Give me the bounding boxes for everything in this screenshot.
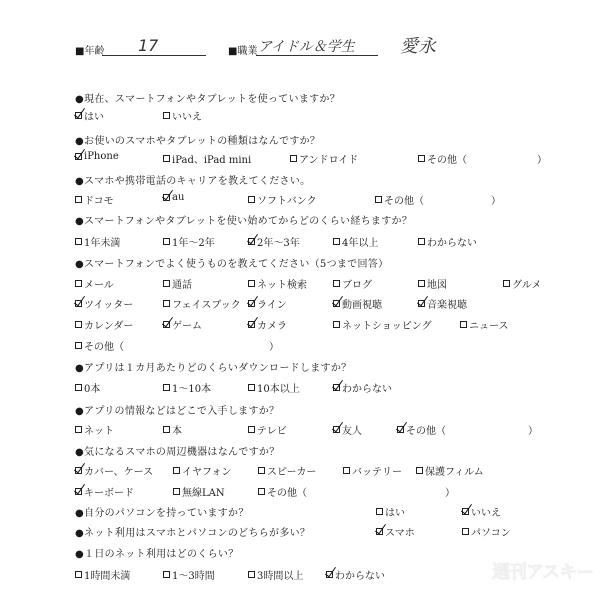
- checkbox-icon[interactable]: [326, 571, 333, 578]
- checkbox-icon[interactable]: [75, 426, 82, 433]
- option-video[interactable]: 動画視聴: [333, 296, 382, 311]
- option-1-3h[interactable]: 1～3時間: [163, 567, 215, 582]
- question-app-info-source: ●アプリの情報などはどこで入手しますか？: [75, 402, 279, 417]
- option-web-search[interactable]: ネット検索: [248, 276, 307, 291]
- checkbox-icon[interactable]: [163, 571, 170, 578]
- option-facebook[interactable]: フェイスブック: [163, 296, 241, 311]
- option-iphone[interactable]: iPhone: [75, 151, 119, 162]
- question-accessories: ●気になるスマホの周辺機器はなんですか？: [75, 443, 280, 458]
- option-calendar[interactable]: カレンダー: [75, 317, 133, 332]
- checkbox-icon[interactable]: [462, 528, 469, 535]
- option-other[interactable]: その他（: [418, 151, 467, 166]
- age-label: ■年齢: [75, 42, 104, 57]
- checkbox-icon[interactable]: [343, 467, 350, 474]
- option-cover-case[interactable]: カバー、ケース: [75, 463, 153, 478]
- checkbox-icon[interactable]: [163, 321, 170, 328]
- checkbox-icon[interactable]: [75, 488, 82, 495]
- question-frequently-used: ●スマートフォンでよく使うものを教えてください（5つまで回答）: [75, 255, 388, 270]
- checkbox-icon[interactable]: [418, 155, 425, 162]
- checkbox-icon[interactable]: [163, 112, 170, 119]
- paren-close: ）: [491, 192, 501, 207]
- checkbox-icon[interactable]: [248, 384, 255, 391]
- age-value: 17: [138, 36, 158, 55]
- paren-close: ）: [537, 151, 547, 166]
- option-music[interactable]: 音楽視聴: [418, 296, 467, 311]
- checkbox-icon[interactable]: [173, 488, 180, 495]
- checkbox-icon[interactable]: [75, 153, 82, 160]
- option-1-2yr[interactable]: 1年～2年: [163, 234, 215, 249]
- checkbox-icon[interactable]: [248, 238, 255, 245]
- option-yes[interactable]: はい: [376, 504, 405, 519]
- option-au[interactable]: au: [163, 192, 184, 203]
- option-camera[interactable]: カメラ: [248, 317, 287, 332]
- option-earphones[interactable]: イヤフォン: [173, 463, 232, 478]
- option-under-1yr[interactable]: 1年未満: [75, 234, 120, 249]
- option-other[interactable]: その他（: [258, 484, 307, 499]
- checkbox-icon[interactable]: [503, 280, 510, 287]
- question-own-pc: ●自分のパソコンを持っていますか？: [75, 504, 249, 519]
- checkbox-icon[interactable]: [397, 426, 404, 433]
- option-net[interactable]: ネット: [75, 422, 114, 437]
- option-yes[interactable]: はい: [75, 108, 104, 123]
- checkbox-icon[interactable]: [248, 426, 255, 433]
- option-unknown[interactable]: わからない: [333, 380, 392, 395]
- checkbox-icon[interactable]: [75, 300, 82, 307]
- checkbox-icon[interactable]: [163, 300, 170, 307]
- question-usage-duration: ●スマートフォンやタブレットを使い始めてからどのくらい経ちますか？: [75, 212, 412, 227]
- checkbox-icon[interactable]: [163, 426, 170, 433]
- checkbox-icon[interactable]: [290, 155, 297, 162]
- checkbox-icon[interactable]: [75, 196, 82, 203]
- signature: 愛永: [400, 32, 436, 58]
- option-battery[interactable]: バッテリー: [343, 463, 402, 478]
- option-1-10[interactable]: 1～10本: [163, 380, 211, 395]
- option-smartphone[interactable]: スマホ: [376, 524, 415, 539]
- occupation-label: ■職業: [228, 42, 257, 57]
- option-friend[interactable]: 友人: [333, 422, 362, 437]
- occupation-value: アイドル＆学生: [258, 36, 355, 56]
- paren-close: ）: [269, 338, 279, 353]
- option-news[interactable]: ニュース: [460, 317, 509, 332]
- checkbox-icon[interactable]: [248, 196, 255, 203]
- option-tv[interactable]: テレビ: [248, 422, 287, 437]
- option-pc[interactable]: パソコン: [462, 524, 511, 539]
- checkbox-icon[interactable]: [462, 508, 469, 515]
- checkbox-icon[interactable]: [248, 300, 255, 307]
- checkbox-icon[interactable]: [416, 467, 423, 474]
- option-twitter[interactable]: ツイッター: [75, 296, 133, 311]
- option-wireless-lan[interactable]: 無線LAN: [173, 484, 225, 499]
- option-screen-protector[interactable]: 保護フィルム: [416, 463, 484, 478]
- option-no[interactable]: いいえ: [462, 504, 501, 519]
- option-softbank[interactable]: ソフトバンク: [248, 192, 317, 207]
- checkbox-icon[interactable]: [333, 384, 340, 391]
- checkbox-icon[interactable]: [333, 321, 340, 328]
- option-no[interactable]: いいえ: [163, 108, 202, 123]
- option-gourmet[interactable]: グルメ: [503, 276, 541, 291]
- checkbox-icon[interactable]: [460, 321, 467, 328]
- checkbox-icon[interactable]: [173, 467, 180, 474]
- option-call[interactable]: 通話: [163, 276, 192, 291]
- option-10-plus[interactable]: 10本以上: [248, 380, 300, 395]
- option-keyboard[interactable]: キーボード: [75, 484, 134, 499]
- option-book[interactable]: 本: [163, 422, 182, 437]
- option-online-shopping[interactable]: ネットショッピング: [333, 317, 432, 332]
- checkbox-icon[interactable]: [418, 300, 425, 307]
- checkbox-icon[interactable]: [163, 280, 170, 287]
- checkbox-icon[interactable]: [248, 571, 255, 578]
- question-net-device: ●ネット利用はスマホとパソコンのどちらが多い？: [75, 524, 310, 539]
- question-using-smartphone: ●現在、スマートフォンやタブレットを使っていますか？: [75, 90, 340, 105]
- option-line[interactable]: ライン: [248, 296, 287, 311]
- checkbox-icon[interactable]: [163, 238, 170, 245]
- option-ipad[interactable]: iPad、iPad mini: [163, 151, 251, 166]
- paren-close: ）: [445, 484, 455, 499]
- checkbox-icon[interactable]: [333, 280, 340, 287]
- checkbox-icon[interactable]: [75, 112, 82, 119]
- question-daily-net-usage: ●１日のネット利用はどのくらい？: [75, 545, 239, 560]
- option-0[interactable]: 0本: [75, 380, 100, 395]
- checkbox-icon[interactable]: [333, 300, 340, 307]
- question-carrier: ●スマホや携帯電話のキャリアを教えてください。: [75, 172, 310, 187]
- option-unknown[interactable]: わからない: [418, 234, 477, 249]
- checkbox-icon[interactable]: [376, 508, 383, 515]
- checkbox-icon[interactable]: [75, 238, 82, 245]
- checkbox-icon[interactable]: [163, 194, 170, 201]
- question-device-type: ●お使いのスマホやタブレットの種類はなんですか？: [75, 132, 320, 147]
- checkbox-icon[interactable]: [163, 155, 170, 162]
- checkbox-icon[interactable]: [163, 384, 170, 391]
- option-3h-plus[interactable]: 3時間以上: [248, 567, 303, 582]
- option-unknown[interactable]: わからない: [326, 567, 385, 582]
- option-2-3yr[interactable]: 2年～3年: [248, 234, 300, 249]
- checkbox-icon[interactable]: [248, 321, 255, 328]
- option-other[interactable]: その他（: [375, 192, 424, 207]
- checkbox-icon[interactable]: [75, 467, 82, 474]
- option-4yr-plus[interactable]: 4年以上: [333, 234, 378, 249]
- checkbox-icon[interactable]: [75, 342, 82, 349]
- paren-close: ）: [528, 422, 538, 437]
- checkbox-icon[interactable]: [376, 528, 383, 535]
- option-blog[interactable]: ブログ: [333, 276, 372, 291]
- checkbox-icon[interactable]: [258, 467, 265, 474]
- watermark-logo: 週刊アスキー: [492, 558, 593, 584]
- checkbox-icon[interactable]: [375, 196, 382, 203]
- checkbox-icon[interactable]: [75, 280, 82, 287]
- option-map[interactable]: 地図: [418, 276, 447, 291]
- checkbox-icon[interactable]: [258, 488, 265, 495]
- option-under-1h[interactable]: 1時間未満: [75, 567, 130, 582]
- checkbox-icon[interactable]: [333, 238, 340, 245]
- checkbox-icon[interactable]: [333, 426, 340, 433]
- checkbox-icon[interactable]: [418, 238, 425, 245]
- checkbox-icon[interactable]: [75, 321, 82, 328]
- checkbox-icon[interactable]: [418, 280, 425, 287]
- option-android[interactable]: アンドロイド: [290, 151, 358, 166]
- checkbox-icon[interactable]: [75, 571, 82, 578]
- option-docomo[interactable]: ドコモ: [75, 192, 114, 207]
- option-speaker[interactable]: スピーカー: [258, 463, 316, 478]
- option-other[interactable]: その他（: [397, 422, 446, 437]
- option-other[interactable]: その他（: [75, 338, 124, 353]
- checkbox-icon[interactable]: [248, 280, 255, 287]
- checkbox-icon[interactable]: [75, 384, 82, 391]
- question-app-downloads: ●アプリは１カ月あたりどのくらいダウンロードしますか？: [75, 359, 351, 374]
- option-mail[interactable]: メール: [75, 276, 114, 291]
- option-game[interactable]: ゲーム: [163, 317, 202, 332]
